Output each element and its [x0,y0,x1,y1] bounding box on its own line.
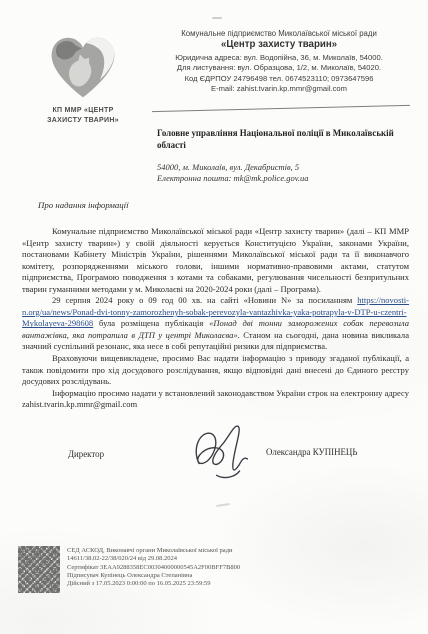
org-name: «Центр захисту тварин» [146,40,412,50]
paragraph-reply-address: Інформацію просимо надати у встановлений… [22,388,409,411]
org-legal-address: Юридична адреса: вул. Водопійна, 36, м. … [146,53,412,63]
signer-name: Олександра КУПІНЕЦЬ [266,447,357,457]
stamp-text: СЕД АСКОД, Виконавчі органи Миколаївсько… [67,546,240,593]
incident-mid: була розміщена публікація [93,318,209,328]
org-codes-phones: Код ЄДРПОУ 24796498 тел. 0674523110; 097… [146,74,412,84]
letterhead-divider [152,105,410,112]
scan-artifact [216,503,230,507]
letter-subject: Про надання інформації [38,200,129,210]
stamp-validity: Дійсний з 17.05.2023 0:00:00 по 16.05.20… [67,580,240,588]
animal-protection-center-logo-icon [44,30,122,102]
org-email: E-mail: zahist.tvarin.kp.mmr@gmail.com [146,84,412,94]
scan-artifact [212,17,222,19]
signer-title: Директор [68,449,104,459]
scanned-letter-page: КП ММР «ЦЕНТР ЗАХИСТУ ТВАРИН» Комунальне… [0,0,428,634]
e-signature-stamp: СЕД АСКОД, Виконавчі органи Миколаївсько… [18,546,240,593]
paragraph-legal-basis: Комунальне підприємство Миколаївської мі… [22,226,409,295]
incident-intro: 29 серпня 2024 року о 09 год 00 хв. на с… [52,295,357,305]
qr-code-icon [18,546,60,593]
letterhead: Комунальне підприємство Миколаївської мі… [146,29,412,94]
recipient-block: Головне управління Національної поліції … [157,128,401,184]
handwritten-signature [184,418,262,496]
recipient-address: 54000, м. Миколаїв, вул. Декабристів, 5 … [157,162,401,184]
recipient-name: Головне управління Національної поліції … [157,128,401,152]
org-mailing-address: Для листування: вул. Образцова, 1/2, м. … [146,63,412,73]
logo-caption: КП ММР «ЦЕНТР ЗАХИСТУ ТВАРИН» [18,106,148,126]
stamp-signer: Підписувач Купінець Олександра Степанівн… [67,572,240,580]
recipient-address-line: 54000, м. Миколаїв, вул. Декабристів, 5 [157,162,401,173]
stamp-registration-number: 14611/38.02-22/38/020/24 від 29.08.2024 [67,555,240,563]
letter-body: Комунальне підприємство Миколаївської мі… [22,226,409,411]
stamp-certificate: Сертифікат 3EAA9288358EC00304000000545A2… [67,564,240,572]
stamp-system-line: СЕД АСКОД, Виконавчі органи Миколаївсько… [67,547,240,555]
paragraph-request: Враховуючи вищевикладене, просимо Вас на… [22,353,409,388]
org-type-line: Комунальне підприємство Миколаївської мі… [146,29,412,39]
logo-caption-line2: ЗАХИСТУ ТВАРИН» [18,116,148,126]
recipient-email: Електронна пошта: mk@mk.police.gov.ua [157,173,401,184]
paragraph-incident: 29 серпня 2024 року о 09 год 00 хв. на с… [22,295,409,353]
logo-caption-line1: КП ММР «ЦЕНТР [18,106,148,116]
